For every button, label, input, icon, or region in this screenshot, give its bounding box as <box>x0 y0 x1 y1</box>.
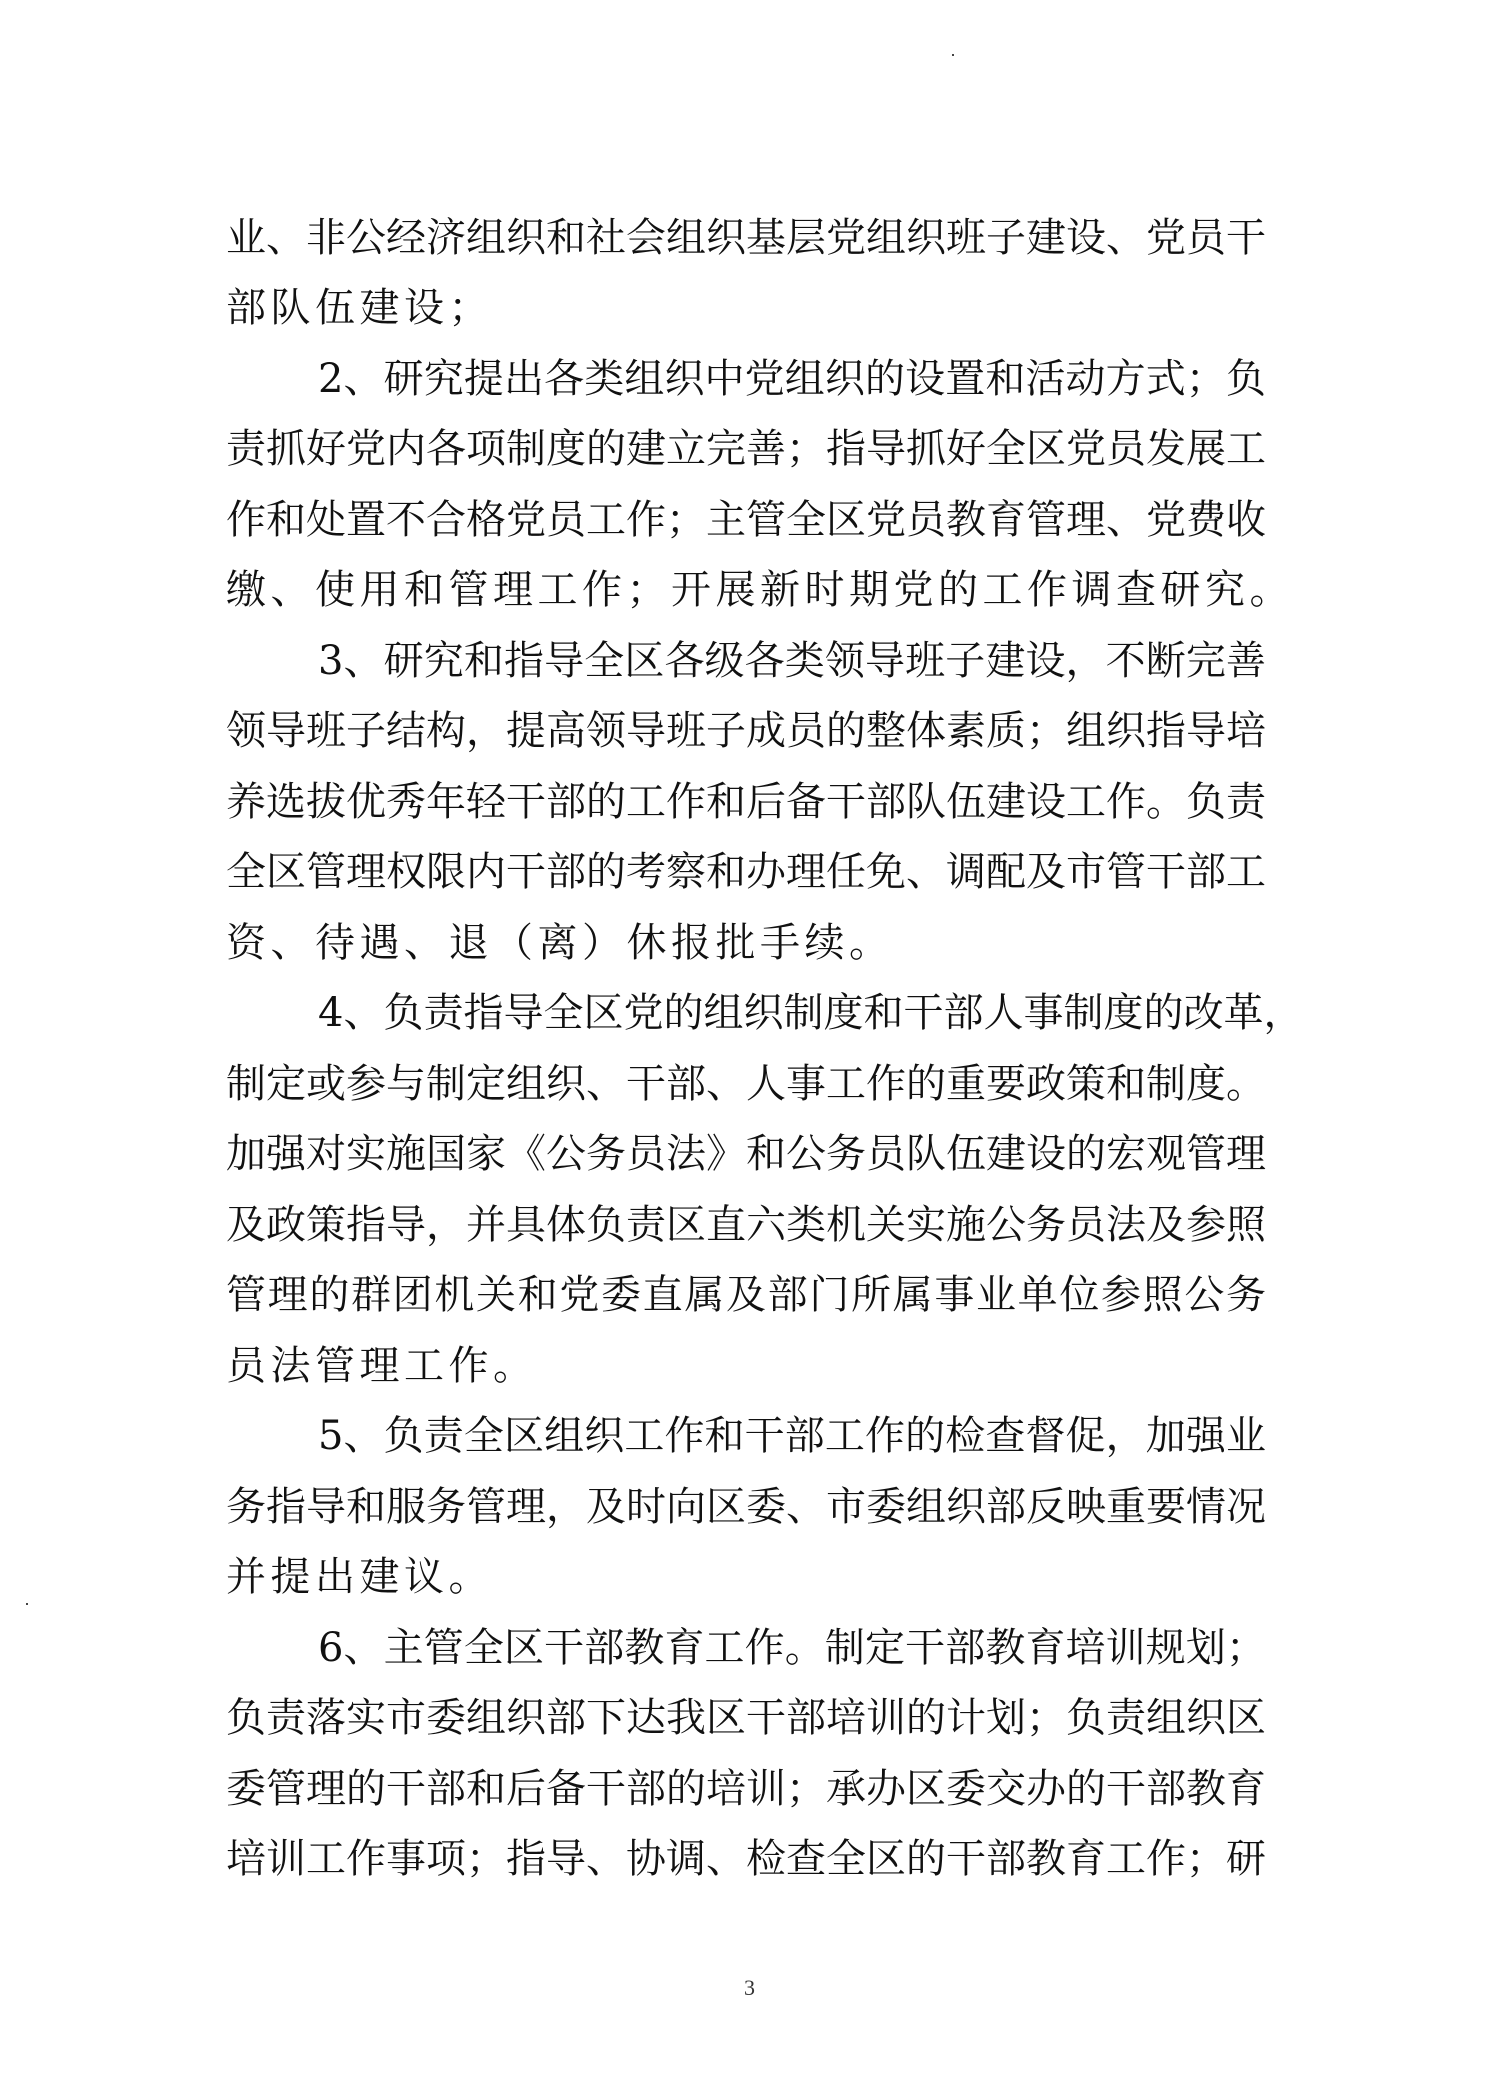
text-line: 全区管理权限内干部的考察和办理任免、调配及市管干部工 <box>226 842 1266 902</box>
text-line: 资、待遇、退（离）休报批手续。 <box>226 913 1266 973</box>
text-line: 委管理的干部和后备干部的培训；承办区委交办的干部教育 <box>226 1759 1266 1819</box>
text-line: 并提出建议。 <box>226 1547 1266 1607</box>
item-2-first-line: 2、研究提出各类组织中党组织的设置和活动方式；负 <box>318 349 1266 409</box>
text-line: 作和处置不合格党员工作；主管全区党员教育管理、党费收 <box>226 490 1266 550</box>
text-line: 管理的群团机关和党委直属及部门所属事业单位参照公务 <box>226 1265 1266 1325</box>
text-line: 及政策指导，并具体负责区直六类机关实施公务员法及参照 <box>226 1195 1266 1255</box>
text-line: 负责落实市委组织部下达我区干部培训的计划；负责组织区 <box>226 1688 1266 1748</box>
document-page: 业、非公经济组织和社会组织基层党组织班子建设、党员干 部队伍建设； 2、研究提出… <box>0 0 1492 2097</box>
text-line: 部队伍建设； <box>226 278 1266 338</box>
page-number: 3 <box>744 1975 755 2001</box>
text-line: 责抓好党内各项制度的建立完善；指导抓好全区党员发展工 <box>226 419 1266 479</box>
text-line: 加强对实施国家《公务员法》和公务员队伍建设的宏观管理 <box>226 1124 1266 1184</box>
text-line: 制定或参与制定组织、干部、人事工作的重要政策和制度。 <box>226 1054 1266 1114</box>
text-line: 培训工作事项；指导、协调、检查全区的干部教育工作；研 <box>226 1829 1266 1889</box>
item-4-first-line: 4、负责指导全区党的组织制度和干部人事制度的改革， <box>318 983 1266 1043</box>
text-line: 缴、使用和管理工作；开展新时期党的工作调查研究。 <box>226 560 1266 620</box>
item-5-first-line: 5、负责全区组织工作和干部工作的检查督促，加强业 <box>318 1406 1266 1466</box>
item-6-first-line: 6、主管全区干部教育工作。制定干部教育培训规划； <box>318 1618 1266 1678</box>
text-line: 养选拔优秀年轻干部的工作和后备干部队伍建设工作。负责 <box>226 772 1266 832</box>
text-line: 务指导和服务管理，及时向区委、市委组织部反映重要情况 <box>226 1477 1266 1537</box>
scan-speck <box>952 54 954 56</box>
text-line: 业、非公经济组织和社会组织基层党组织班子建设、党员干 <box>226 208 1266 268</box>
scan-speck <box>26 1603 28 1605</box>
item-3-first-line: 3、研究和指导全区各级各类领导班子建设，不断完善 <box>318 631 1266 691</box>
text-line: 员法管理工作。 <box>226 1336 1266 1396</box>
text-line: 领导班子结构，提高领导班子成员的整体素质；组织指导培 <box>226 701 1266 761</box>
